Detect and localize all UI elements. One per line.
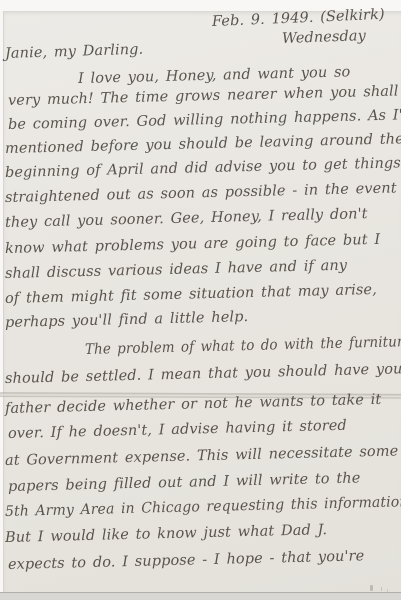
letter-scan: Feb. 9. 1949. (Selkirk) Wednesday Janie,… <box>0 0 401 600</box>
pencil-smudge <box>370 585 373 591</box>
day-line: Wednesday <box>282 27 367 48</box>
paper-bottom-edge <box>0 592 401 600</box>
